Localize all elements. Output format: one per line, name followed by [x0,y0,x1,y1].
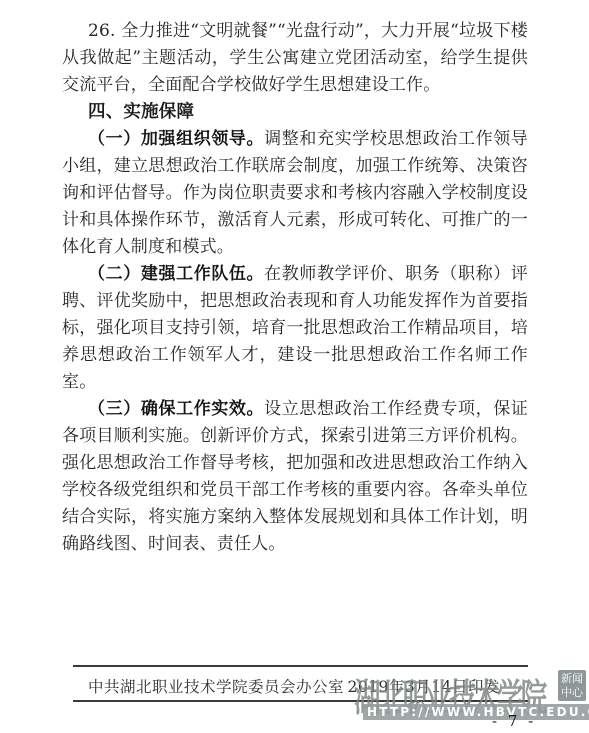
section-2-lead: （二）建强工作队伍。 [88,264,264,284]
section-1-lead: （一）加强组织领导。 [88,129,264,149]
document-body: 26. 全力推进“文明就餐”“光盘行动”，大力开展“垃圾下楼 从我做起”主题活动… [62,18,528,558]
news-center-badge-line2: 中心 [558,686,586,700]
news-center-badge-line1: 新闻 [558,672,586,686]
section-1: （一）加强组织领导。调整和充实学校思想政治工作领导小组，建立思想政治工作联席会制… [62,126,528,261]
document-page: 26. 全力推进“文明就餐”“光盘行动”，大力开展“垃圾下楼 从我做起”主题活动… [0,0,589,733]
paragraph-26: 26. 全力推进“文明就餐”“光盘行动”，大力开展“垃圾下楼 从我做起”主题活动… [62,18,528,99]
page-number: - 7 - [492,712,536,730]
section-heading-4: 四、实施保障 [62,99,528,126]
footer-issuer: 中共湖北职业技术学院委员会办公室 [88,675,344,697]
section-3-body: 设立思想政治工作经费专项，保证各项目顺利实施。创新评价方式，探索引进第三方评价机… [62,399,528,554]
section-3-lead: （三）确保工作实效。 [88,399,264,419]
news-center-badge: 新闻 中心 [558,670,586,701]
section-2: （二）建强工作队伍。在教师教学评价、职务（职称）评聘、评优奖励中，把思想政治表现… [62,261,528,396]
watermark-url: HTTP://WWW.HBVTC.EDU.CN [363,704,589,720]
section-3: （三）确保工作实效。设立思想政治工作经费专项，保证各项目顺利实施。创新评价方式，… [62,396,528,558]
